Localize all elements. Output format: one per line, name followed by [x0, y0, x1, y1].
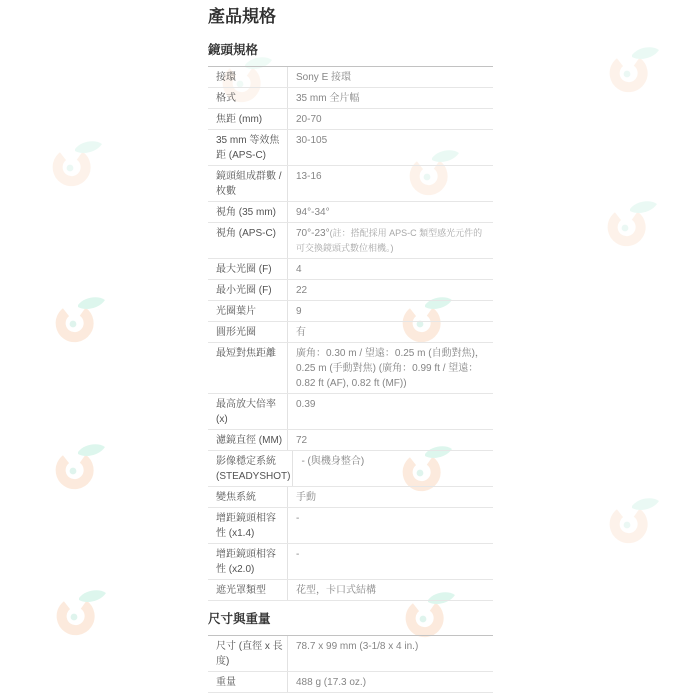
spec-label: 最高放大倍率 (x)	[208, 394, 287, 429]
table-row: 光圈葉片 9	[208, 301, 493, 322]
spec-value: 0.39	[287, 394, 493, 429]
spec-label: 濾鏡直徑 (MM)	[208, 430, 287, 450]
spec-value: 9	[287, 301, 493, 321]
table-row: 最大光圈 (F) 4	[208, 259, 493, 280]
spec-label: 增距鏡頭相容性 (x1.4)	[208, 508, 287, 543]
spec-label: 重量	[208, 672, 287, 692]
table-row: 格式 35 mm 全片幅	[208, 88, 493, 109]
spec-label: 35 mm 等效焦距 (APS-C)	[208, 130, 287, 165]
table-row: 圓形光圈 有	[208, 322, 493, 343]
spec-value: -	[287, 508, 493, 543]
dimensions-weight-table: 尺寸 (直徑 x 長度) 78.7 x 99 mm (3-1/8 x 4 in.…	[208, 635, 493, 693]
spec-value: 70°-23°(註：搭配採用 APS-C 類型感光元件的可交換鏡頭式數位相機。)	[287, 223, 493, 258]
spec-value: 30-105	[287, 130, 493, 165]
table-row: 35 mm 等效焦距 (APS-C) 30-105	[208, 130, 493, 166]
spec-value: 花型，卡口式結構	[287, 580, 493, 600]
table-row: 最小光圈 (F) 22	[208, 280, 493, 301]
table-row: 濾鏡直徑 (MM) 72	[208, 430, 493, 451]
spec-label: 焦距 (mm)	[208, 109, 287, 129]
table-row: 尺寸 (直徑 x 長度) 78.7 x 99 mm (3-1/8 x 4 in.…	[208, 636, 493, 672]
page-title: 產品規格	[208, 7, 493, 27]
table-row: 影像穩定系統 (STEADYSHOT) - (與機身整合)	[208, 451, 493, 487]
lens-spec-table: 接環 Sony E 接環 格式 35 mm 全片幅 焦距 (mm) 20-70 …	[208, 66, 493, 601]
spec-value: 廣角：0.30 m / 望遠：0.25 m (自動對焦)，0.25 m (手動對…	[287, 343, 493, 393]
spec-value: 35 mm 全片幅	[287, 88, 493, 108]
table-row: 增距鏡頭相容性 (x2.0) -	[208, 544, 493, 580]
table-row: 接環 Sony E 接環	[208, 67, 493, 88]
spec-value: 94°-34°	[287, 202, 493, 222]
table-row: 焦距 (mm) 20-70	[208, 109, 493, 130]
spec-label: 尺寸 (直徑 x 長度)	[208, 636, 287, 671]
spec-label: 增距鏡頭相容性 (x2.0)	[208, 544, 287, 579]
spec-value: 手動	[287, 487, 493, 507]
spec-value: 488 g (17.3 oz.)	[287, 672, 493, 692]
spec-label: 最小光圈 (F)	[208, 280, 287, 300]
table-row: 視角 (APS-C) 70°-23°(註：搭配採用 APS-C 類型感光元件的可…	[208, 223, 493, 259]
spec-value: 72	[287, 430, 493, 450]
table-row: 遮光罩類型 花型，卡口式結構	[208, 580, 493, 601]
spec-value: -	[287, 544, 493, 579]
spec-label: 遮光罩類型	[208, 580, 287, 600]
spec-label: 視角 (35 mm)	[208, 202, 287, 222]
spec-page: 產品規格 鏡頭規格 接環 Sony E 接環 格式 35 mm 全片幅 焦距 (…	[208, 0, 493, 693]
spec-label: 鏡頭組成群數 / 枚數	[208, 166, 287, 201]
spec-label: 最大光圈 (F)	[208, 259, 287, 279]
spec-value: 78.7 x 99 mm (3-1/8 x 4 in.)	[287, 636, 493, 671]
spec-value: 有	[287, 322, 493, 342]
spec-label: 接環	[208, 67, 287, 87]
spec-label: 光圈葉片	[208, 301, 287, 321]
spec-value: - (與機身整合)	[292, 451, 493, 486]
spec-value: 13-16	[287, 166, 493, 201]
spec-label: 視角 (APS-C)	[208, 223, 287, 258]
spec-value: 20-70	[287, 109, 493, 129]
spec-value: 4	[287, 259, 493, 279]
table-row: 最短對焦距離 廣角：0.30 m / 望遠：0.25 m (自動對焦)，0.25…	[208, 343, 493, 394]
table-row: 最高放大倍率 (x) 0.39	[208, 394, 493, 430]
table-row: 重量 488 g (17.3 oz.)	[208, 672, 493, 693]
spec-value: 22	[287, 280, 493, 300]
spec-value-text: 70°-23°	[296, 228, 330, 239]
table-row: 視角 (35 mm) 94°-34°	[208, 202, 493, 223]
spec-label: 圓形光圈	[208, 322, 287, 342]
spec-value: Sony E 接環	[287, 67, 493, 87]
spec-label: 格式	[208, 88, 287, 108]
table-row: 增距鏡頭相容性 (x1.4) -	[208, 508, 493, 544]
section-heading-lens-specs: 鏡頭規格	[208, 43, 493, 58]
spec-label: 最短對焦距離	[208, 343, 287, 393]
spec-label: 影像穩定系統 (STEADYSHOT)	[208, 451, 292, 486]
table-row: 鏡頭組成群數 / 枚數 13-16	[208, 166, 493, 202]
table-row: 變焦系統 手動	[208, 487, 493, 508]
spec-label: 變焦系統	[208, 487, 287, 507]
section-heading-dimensions-weight: 尺寸與重量	[208, 612, 493, 627]
